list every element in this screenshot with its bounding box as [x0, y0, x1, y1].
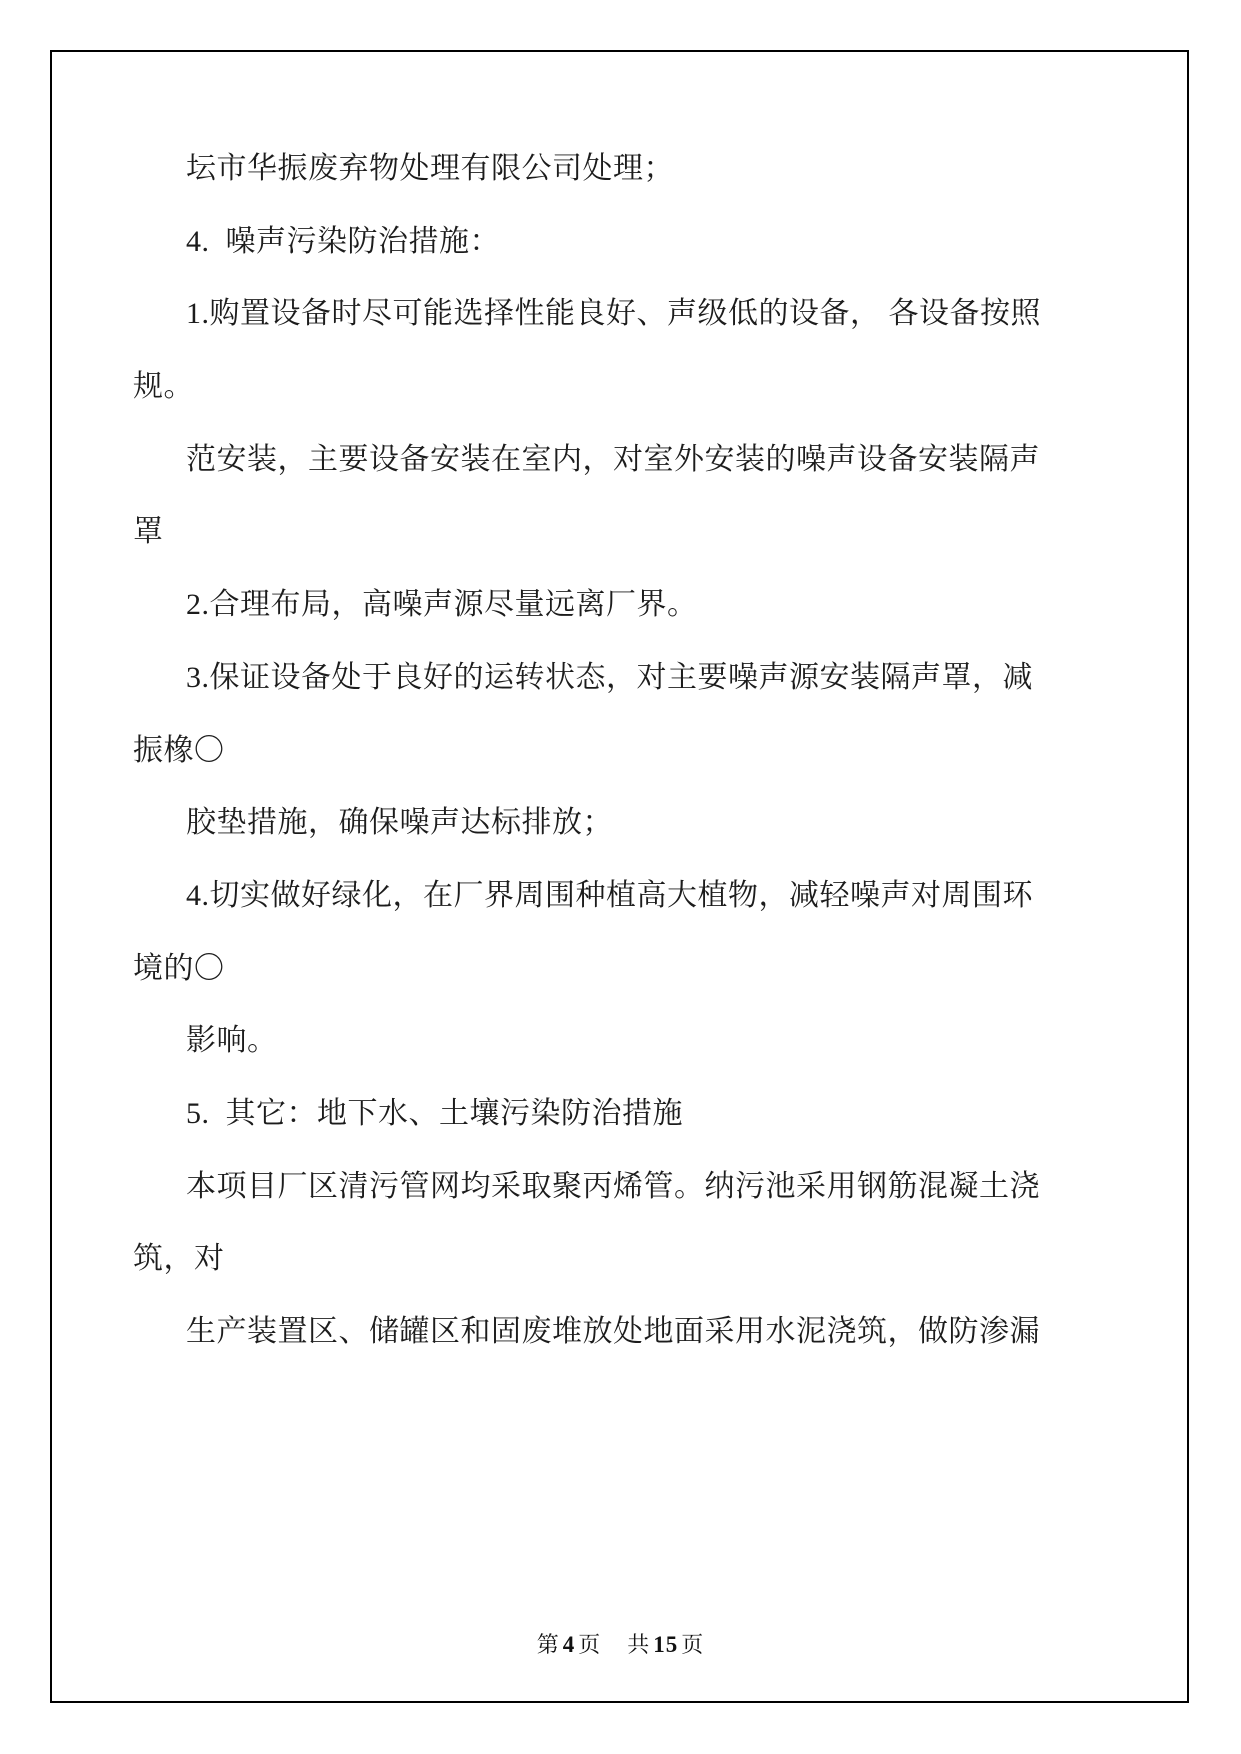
text-line: 胶垫措施，确保噪声达标排放； — [133, 804, 1123, 877]
text-line: 1.购置设备时尽可能选择性能良好、声级低的设备， 各设备按照 — [133, 295, 1123, 368]
text-line: 2.合理布局，高噪声源尽量远离厂界。 — [133, 586, 1123, 659]
document-lines: 坛市华振废弃物处理有限公司处理；4. 噪声污染防治措施：1.购置设备时尽可能选择… — [133, 150, 1123, 1386]
footer-total-suffix: 页 — [681, 1632, 704, 1657]
text-line: 境的〇 — [133, 950, 1123, 1023]
document-page: 坛市华振废弃物处理有限公司处理；4. 噪声污染防治措施：1.购置设备时尽可能选择… — [0, 0, 1241, 1754]
text-line: 范安装，主要设备安装在室内，对室外安装的噪声设备安装隔声 — [133, 441, 1123, 514]
text-line: 生产装置区、储罐区和固废堆放处地面采用水泥浇筑，做防渗漏 — [133, 1313, 1123, 1386]
text-line: 坛市华振废弃物处理有限公司处理； — [133, 150, 1123, 223]
text-line: 本项目厂区清污管网均采取聚丙烯管。纳污池采用钢筋混凝土浇 — [133, 1168, 1123, 1241]
text-line: 罩 — [133, 513, 1123, 586]
text-line: 规。 — [133, 368, 1123, 441]
text-line: 筑，对 — [133, 1240, 1123, 1313]
text-line: 4.切实做好绿化，在厂界周围种植高大植物，减轻噪声对周围环 — [133, 877, 1123, 950]
text-line: 振橡〇 — [133, 732, 1123, 805]
footer-page-number: 4 — [560, 1632, 579, 1657]
footer-total-number: 15 — [650, 1632, 681, 1657]
text-line: 5. 其它：地下水、土壤污染防治措施 — [133, 1095, 1123, 1168]
text-line: 3.保证设备处于良好的运转状态，对主要噪声源安装隔声罩，减 — [133, 659, 1123, 732]
footer-page-prefix: 第 — [537, 1632, 560, 1657]
footer-total-prefix: 共 — [627, 1632, 650, 1657]
page-footer: 第4页共15页 — [0, 1628, 1241, 1659]
text-line: 影响。 — [133, 1022, 1123, 1095]
text-line: 4. 噪声污染防治措施： — [133, 223, 1123, 296]
footer-page-suffix: 页 — [578, 1632, 601, 1657]
